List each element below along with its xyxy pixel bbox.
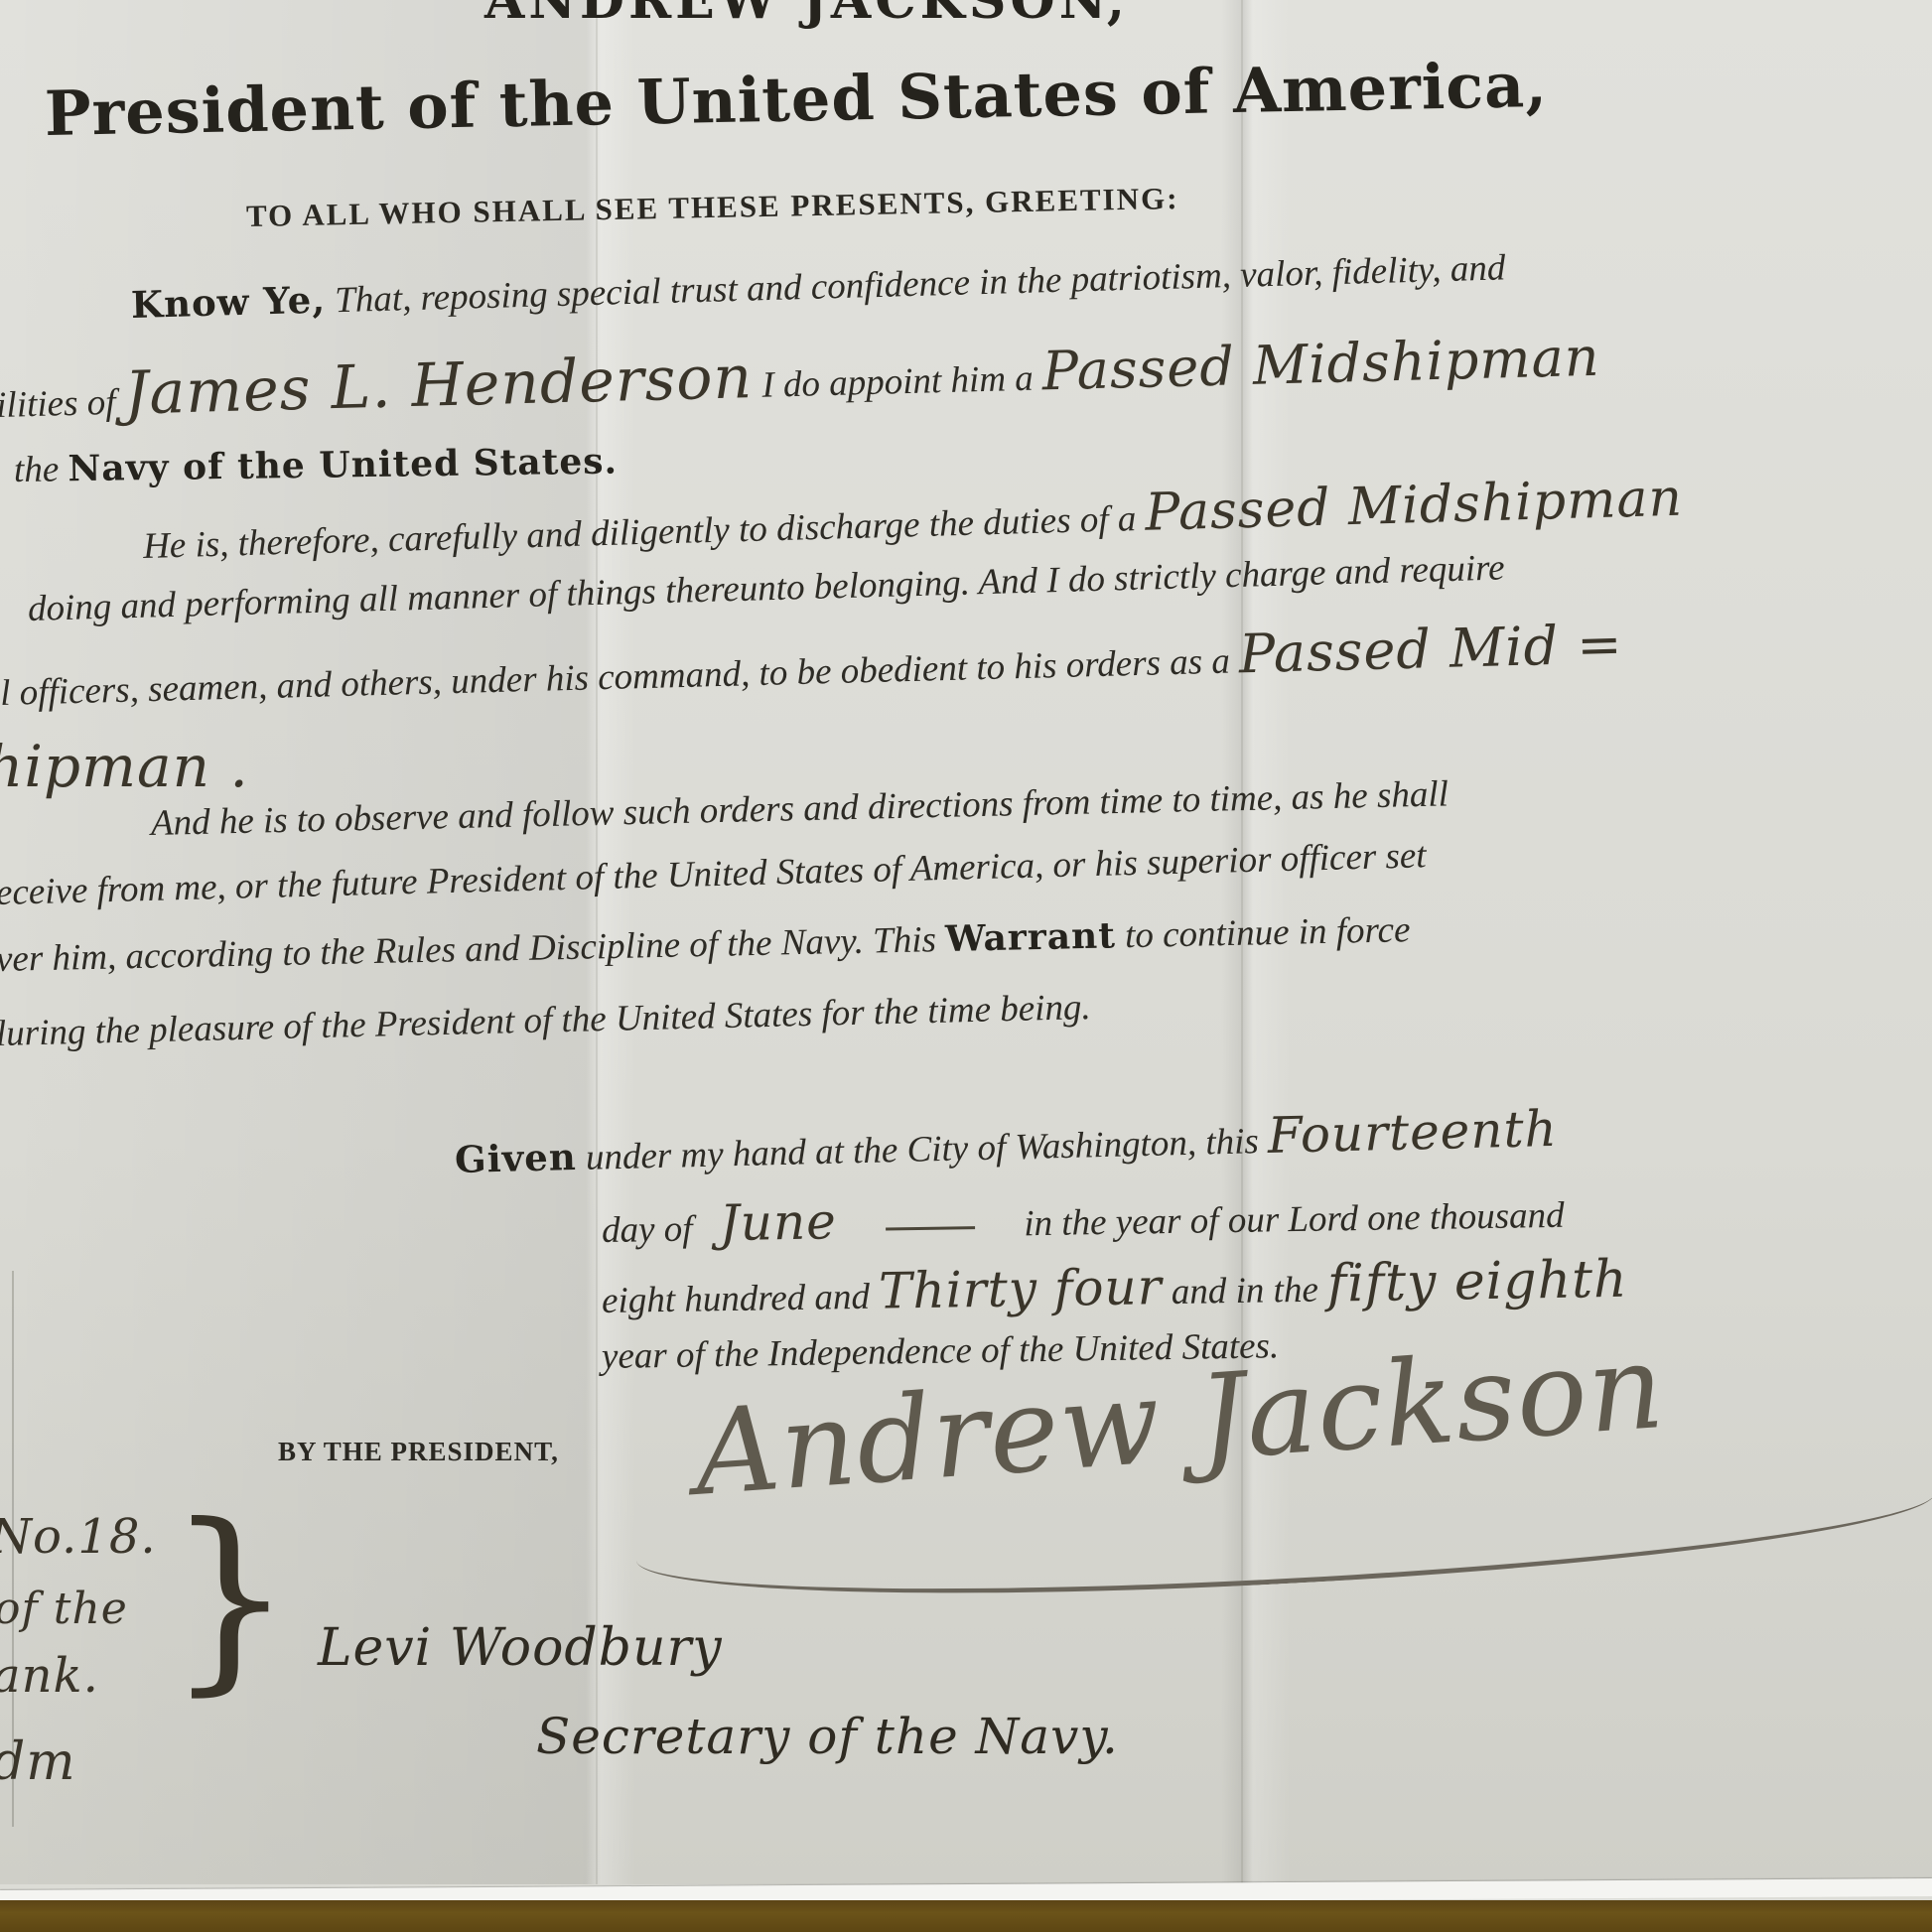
month-handwritten: June [719,1192,837,1252]
rank-handwritten-2: Passed Midshipman [1145,469,1684,543]
p1-text2-mid: I do appoint him a [761,358,1034,406]
appointee-name: James L. Henderson [124,343,754,429]
p3-line3: ver him, according to the Rules and Disc… [0,908,1411,981]
p2-text1: He is, therefore, carefully and diligent… [143,498,1137,567]
p3-text3-post: to continue in force [1125,909,1411,956]
margin-note-line2: of the [0,1584,128,1634]
warrant-word: Warrant [945,914,1117,960]
p3-line1: And he is to observe and follow such ord… [151,772,1449,845]
secretary-title: Secretary of the Navy. [536,1708,1119,1765]
given-text2-pre: day of [602,1209,693,1251]
given-line2: day of June in the year of our Lord one … [602,1181,1565,1254]
know-ye-lead: Know Ye, [130,278,326,327]
p3-text3-pre: ver him, according to the Rules and Disc… [0,919,936,980]
p1-line2: ilities of James L. Henderson I do appoi… [0,321,1600,432]
given-text3-mid: and in the [1172,1270,1319,1312]
p1-text2-pre: ilities of [0,382,116,426]
blank-dash [886,1226,975,1230]
given-text1: under my hand at the City of Washington,… [585,1121,1259,1178]
p1-text3-pre: the [14,449,60,490]
p3-line4: luring the pleasure of the President of … [0,986,1091,1055]
p1-line3: the Navy of the United States. [14,441,619,491]
p2-line3: l officers, seamen, and others, under hi… [0,613,1623,718]
secretary-signature: Levi Woodbury [318,1618,723,1678]
given-text2-post: in the year of our Lord one thousand [1024,1195,1565,1245]
margin-note-line4: dm [0,1732,76,1792]
salutation: TO ALL WHO SHALL SEE THESE PRESENTS, GRE… [246,181,1179,234]
warrant-paper: ANDREW JACKSON, President of the United … [0,0,1932,1884]
document-title: President of the United States of Americ… [44,49,1548,150]
frame-wood [0,1900,1932,1932]
margin-brace: } [167,1499,293,1698]
header-name-partial: ANDREW JACKSON, [484,0,1129,31]
p3-line2: eceive from me, or the future President … [0,834,1427,914]
given-text3-pre: eight hundred and [602,1277,871,1321]
margin-note-line3: ank. [0,1648,99,1704]
p1-line1: Know Ye, That, reposing special trust an… [130,244,1506,328]
given-line3: eight hundred and Thirty four and in the… [602,1250,1628,1325]
by-the-president: BY THE PRESIDENT, [278,1437,559,1467]
given-lead: Given [455,1135,578,1181]
rank-handwritten-3a: Passed Mid = [1238,613,1623,685]
rank-handwritten-1: Passed Midshipman [1041,326,1600,403]
p1-text1: That, reposing special trust and confide… [335,247,1506,321]
independence-year-handwritten: fifty eighth [1327,1250,1628,1314]
day-handwritten: Fourteenth [1267,1100,1558,1165]
given-line1: Given under my hand at the City of Washi… [454,1100,1558,1184]
margin-note-number: No.18. [0,1509,157,1565]
navy-of-us: Navy of the United States. [68,441,618,490]
p2-text3: l officers, seamen, and others, under hi… [0,641,1230,714]
year-handwritten: Thirty four [879,1258,1163,1319]
rank-handwritten-3b: hipman . [0,733,249,800]
